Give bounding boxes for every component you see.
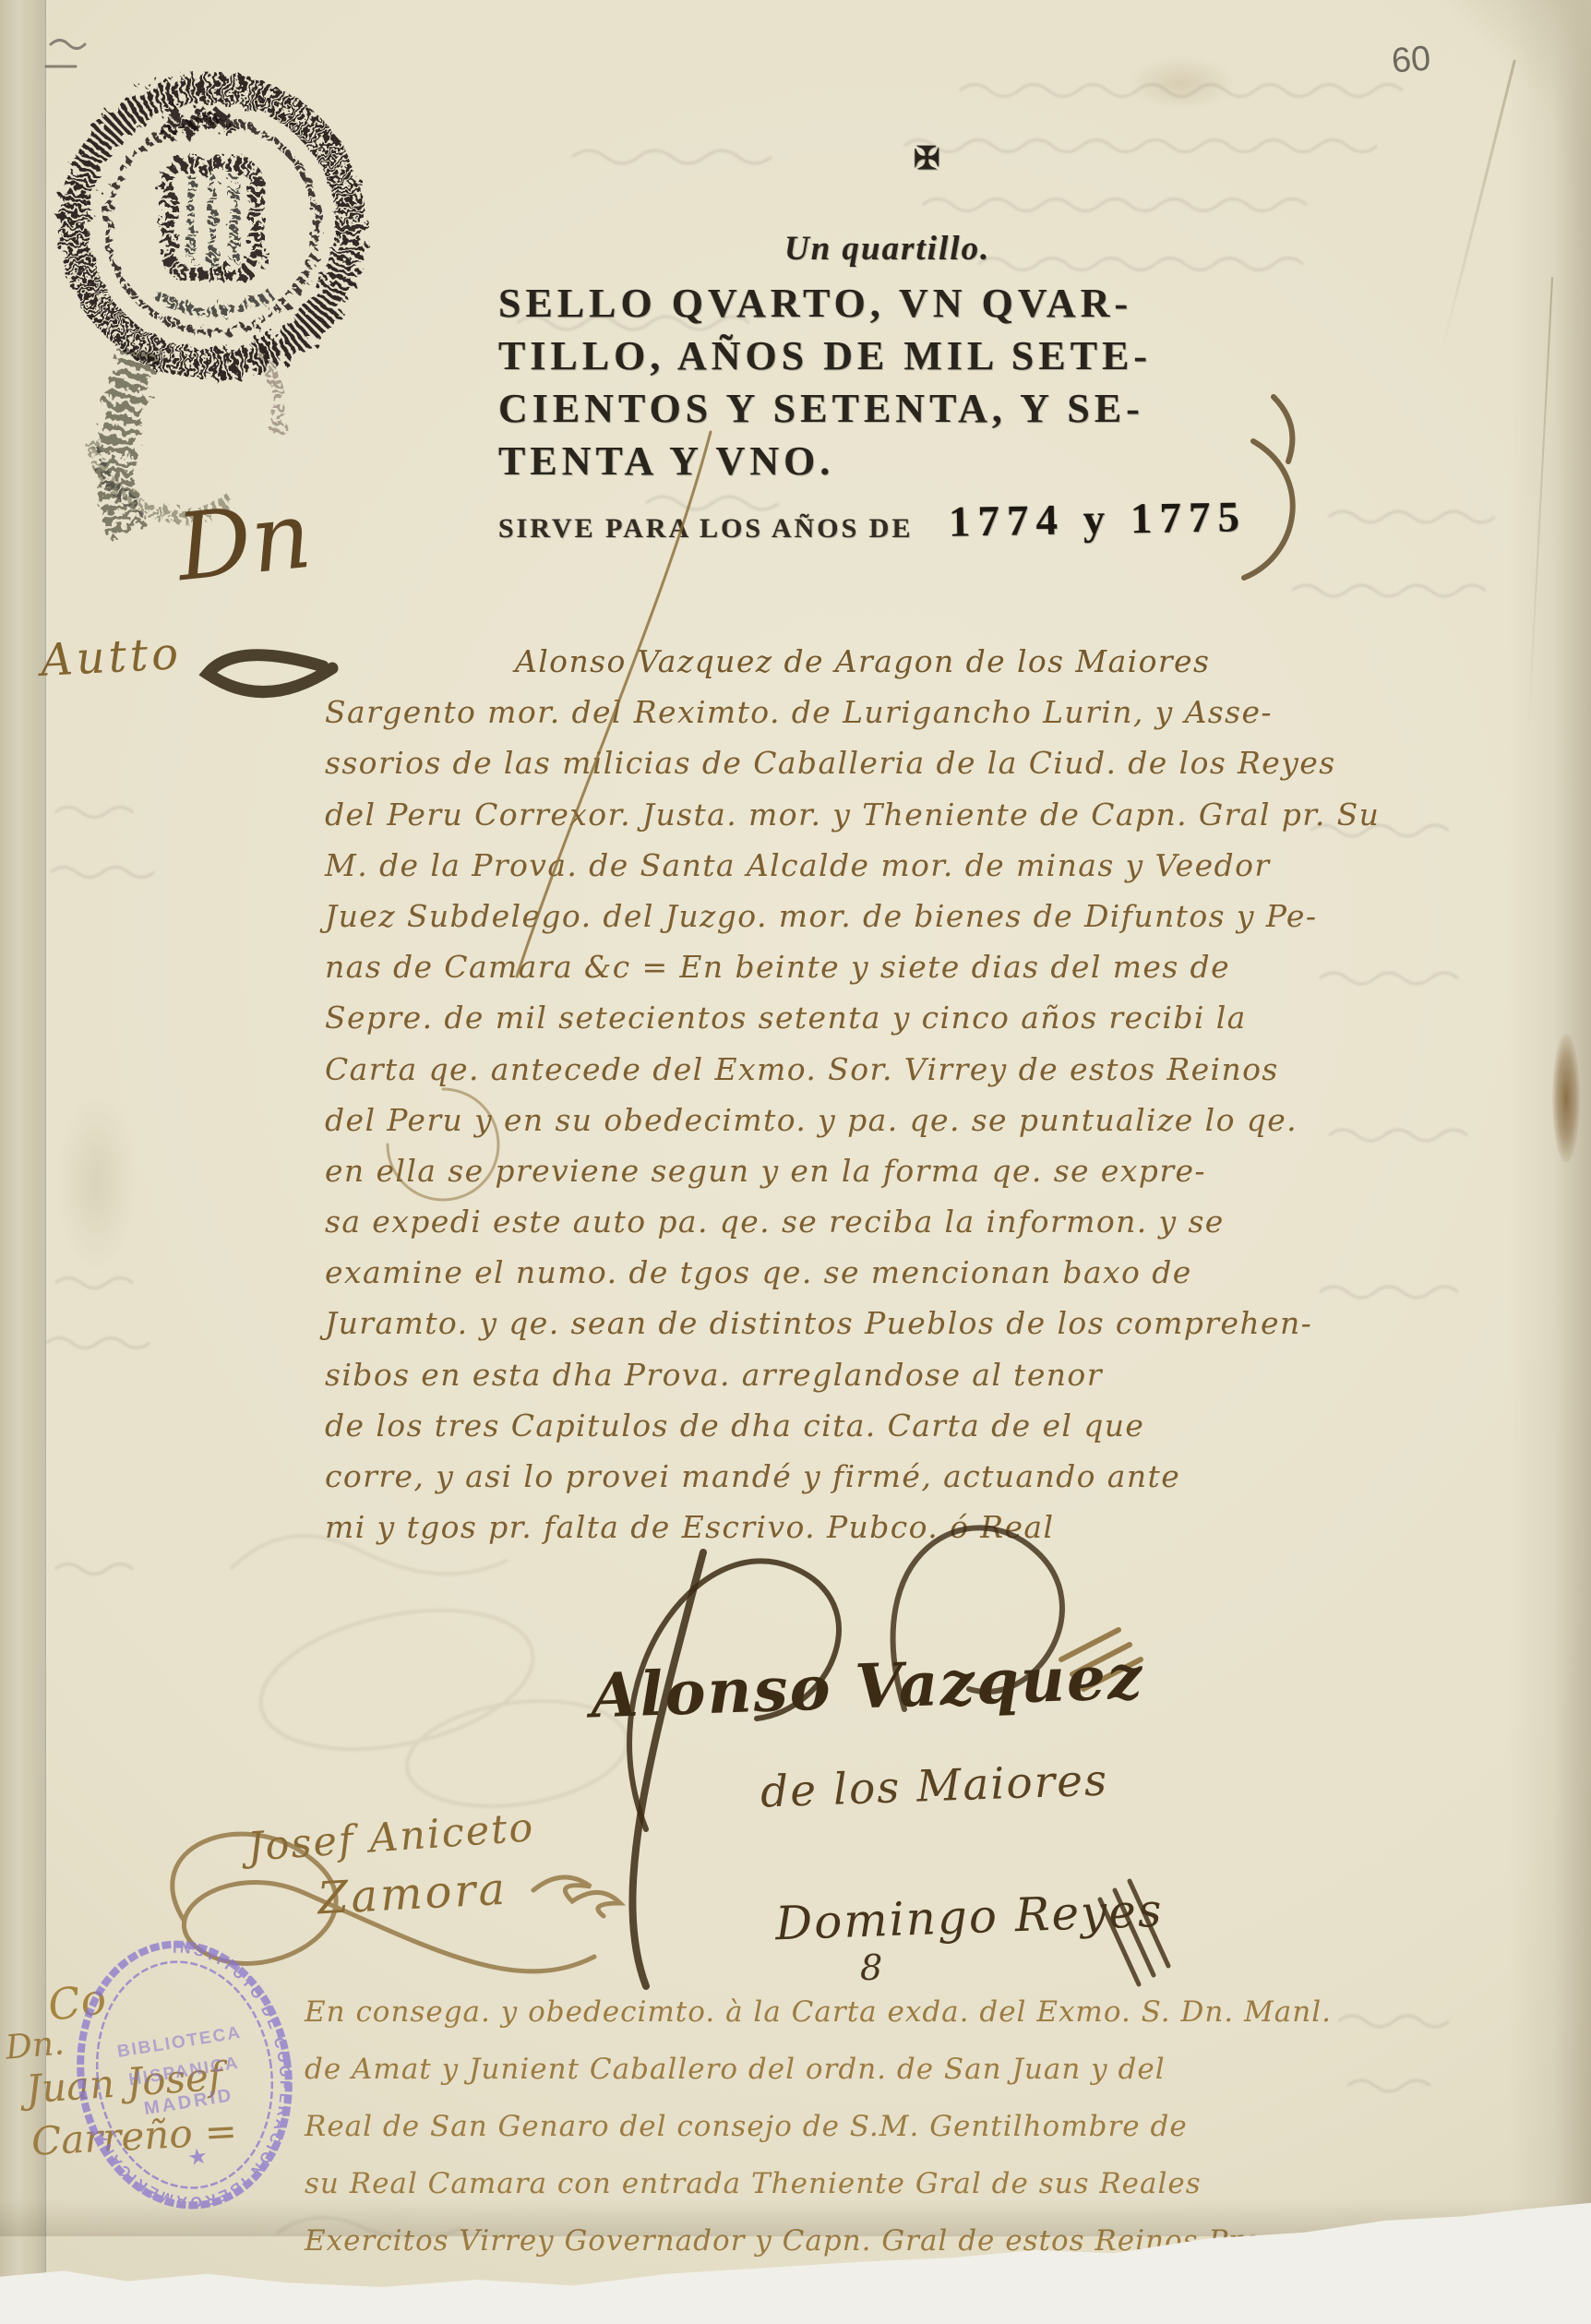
closing-line: de Amat y Junient Caballero del ordn. de…: [305, 2042, 1332, 2099]
body-line: Sargento mor. del Reximto. de Lurigancho…: [325, 688, 1380, 738]
paper-stain: [1126, 55, 1237, 111]
printers-cross-icon: ✠: [914, 140, 940, 177]
seal-title-line: SELLO QVARTO, VN QVAR-: [498, 277, 1152, 329]
signature-josef-aniceto-line2: Zamora: [317, 1863, 509, 1925]
body-line: Sepre. de mil setecientos setenta y cinc…: [325, 993, 1380, 1044]
body-line: nas de Camara &c = En beinte y siete dia…: [325, 942, 1380, 993]
body-line: mi y tgos pr. falta de Escrivo. Pubco. ó…: [325, 1503, 1380, 1553]
edge-stain: [1552, 1034, 1580, 1163]
body-line: del Peru y en su obedecimto. y pa. qe. s…: [325, 1096, 1380, 1146]
signature-rubric-mark: 8: [860, 1947, 882, 1988]
body-line: Juez Subdelego. del Juzgo. mor. de biene…: [325, 892, 1380, 942]
body-line: Juramto. y qe. sean de distintos Pueblos…: [325, 1299, 1380, 1349]
stamped-years: 1774 y 1775: [949, 492, 1248, 547]
corner-fold: [1434, 0, 1591, 185]
paper-stain: [55, 1089, 138, 1274]
body-line: sa expedi este auto pa. qe. se reciba la…: [325, 1197, 1380, 1248]
stamp-center-line3: MADRID: [143, 2085, 235, 2119]
seal-validity-line: SIRVE PARA LOS AÑOS DE: [498, 513, 913, 545]
body-line: sibos en esta dha Prova. arreglandose al…: [325, 1350, 1380, 1401]
body-line: Carta qe. antecede del Exmo. Sor. Virrey…: [325, 1045, 1380, 1096]
seal-denomination: Un quartillo.: [784, 229, 990, 269]
body-line: del Peru Correxor. Justa. mor. y Thenien…: [325, 790, 1380, 841]
body-line: M. de la Prova. de Santa Alcalde mor. de…: [325, 841, 1380, 892]
stamp-center-line2: HISPANICA: [127, 2054, 241, 2090]
closing-line: En consega. y obedecimto. à la Carta exd…: [305, 1984, 1332, 2042]
stamp-star-icon: ★: [185, 2142, 209, 2171]
body-line: Alonso Vazquez de Aragon de los Maiores: [325, 637, 1380, 688]
body-line: en ella se previene segun y en la forma …: [325, 1146, 1380, 1197]
margin-note-auto: Autto: [40, 628, 184, 687]
seal-title-line: CIENTOS Y SETENTA, Y SE-: [498, 382, 1152, 435]
initial-dn: Dn: [172, 481, 316, 602]
seal-title-block: SELLO QVARTO, VN QVAR- TILLO, AÑOS DE MI…: [498, 277, 1152, 487]
manuscript-page: ✠ Un quartillo. SELLO QVARTO, VN QVAR- T…: [0, 0, 1591, 2324]
body-text: Alonso Vazquez de Aragon de los Maiores …: [325, 637, 1380, 1553]
seal-title-line: TENTA Y VNO.: [498, 435, 1152, 487]
body-line: corre, y asi lo provei mandé y firmé, ac…: [325, 1452, 1380, 1503]
body-line: de los tres Capitulos de dha cita. Carta…: [325, 1401, 1380, 1452]
pencil-page-number: 60: [1391, 40, 1432, 82]
closing-line: Real de San Genaro del consejo de S.M. G…: [305, 2099, 1332, 2156]
seal-title-line: TILLO, AÑOS DE MIL SETE-: [498, 329, 1152, 382]
body-line: examine el numo. de tgos qe. se menciona…: [325, 1248, 1380, 1299]
library-oval-stamp: INSTITUTO DE COOPERACION IBEROAMERICANA …: [23, 1899, 345, 2252]
body-line: ssorios de las milicias de Caballeria de…: [325, 738, 1380, 789]
